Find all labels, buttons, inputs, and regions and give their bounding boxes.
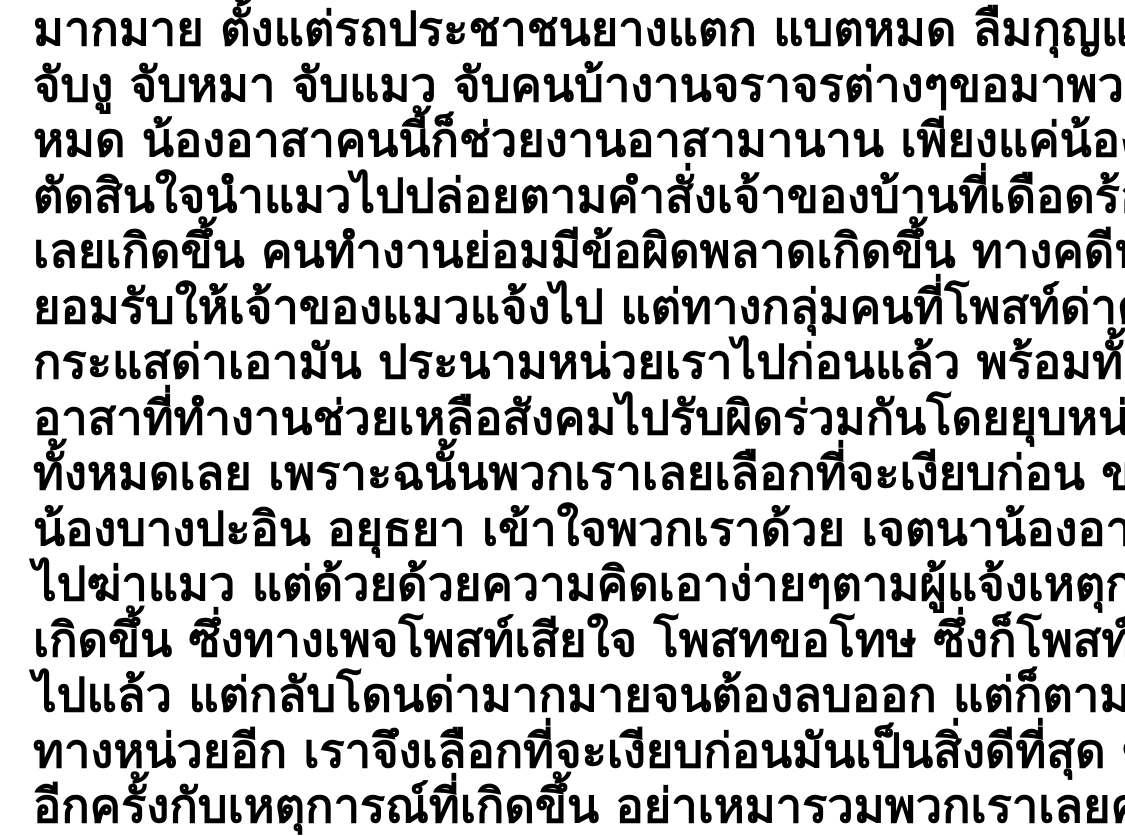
- text-line: ไปฆ่าแมว แต่ด้วยด้วยความคิดเอาง่ายๆตามผู…: [33, 557, 1105, 613]
- page: มากมาย ตั้งแต่รถประชาชนยางแตก แบตหมด ลืม…: [0, 0, 1125, 836]
- text-line: เกิดขึ้น ซึ่งทางเพจโพสท์เสียใจ โพสทขอโทษ…: [33, 613, 1105, 669]
- text-line: ไปแล้ว แต่กลับโดนด่ามากมายจนต้องลบออก แต…: [33, 668, 1105, 724]
- text-line: น้องบางปะอิน อยุธยา เข้าใจพวกเราด้วย เจต…: [33, 502, 1105, 558]
- text-line: ยอมรับให้เจ้าของแมวแจ้งไป แต่ทางกลุ่มคนท…: [33, 280, 1105, 336]
- text-line: กระแสด่าเอามัน ประนามหน่วยเราไปก่อนแล้ว …: [33, 335, 1105, 391]
- thai-text-block: มากมาย ตั้งแต่รถประชาชนยางแตก แบตหมด ลืม…: [33, 2, 1105, 835]
- text-line: ตัดสินใจนำแมวไปปล่อยตามคำสั่งเจ้าของบ้าน…: [33, 169, 1105, 225]
- text-line: ทางหน่วยอีก เราจึงเลือกที่จะเงียบก่อนมัน…: [33, 724, 1105, 780]
- text-line: เลยเกิดขึ้น คนทำงานย่อมมีข้อผิดพลาดเกิดข…: [33, 224, 1105, 280]
- text-line: อาสาที่ทำงานช่วยเหลือสังคมไปรับผิดร่วมกั…: [33, 391, 1105, 447]
- text-line: อีกครั้งกับเหตุการณ์ที่เกิดขึ้น อย่าเหมา…: [33, 779, 1105, 835]
- text-line: จับงู จับหมา จับแมว จับคนบ้างานจราจรต่าง…: [33, 58, 1105, 114]
- text-line: หมด น้องอาสาคนนี้ก็ช่วยงานอาสามานาน เพีย…: [33, 113, 1105, 169]
- text-line: ทั้งหมดเลย เพราะฉนั้นพวกเราเลยเลือกที่จะ…: [33, 446, 1105, 502]
- text-line: มากมาย ตั้งแต่รถประชาชนยางแตก แบตหมด ลืม…: [33, 2, 1105, 58]
